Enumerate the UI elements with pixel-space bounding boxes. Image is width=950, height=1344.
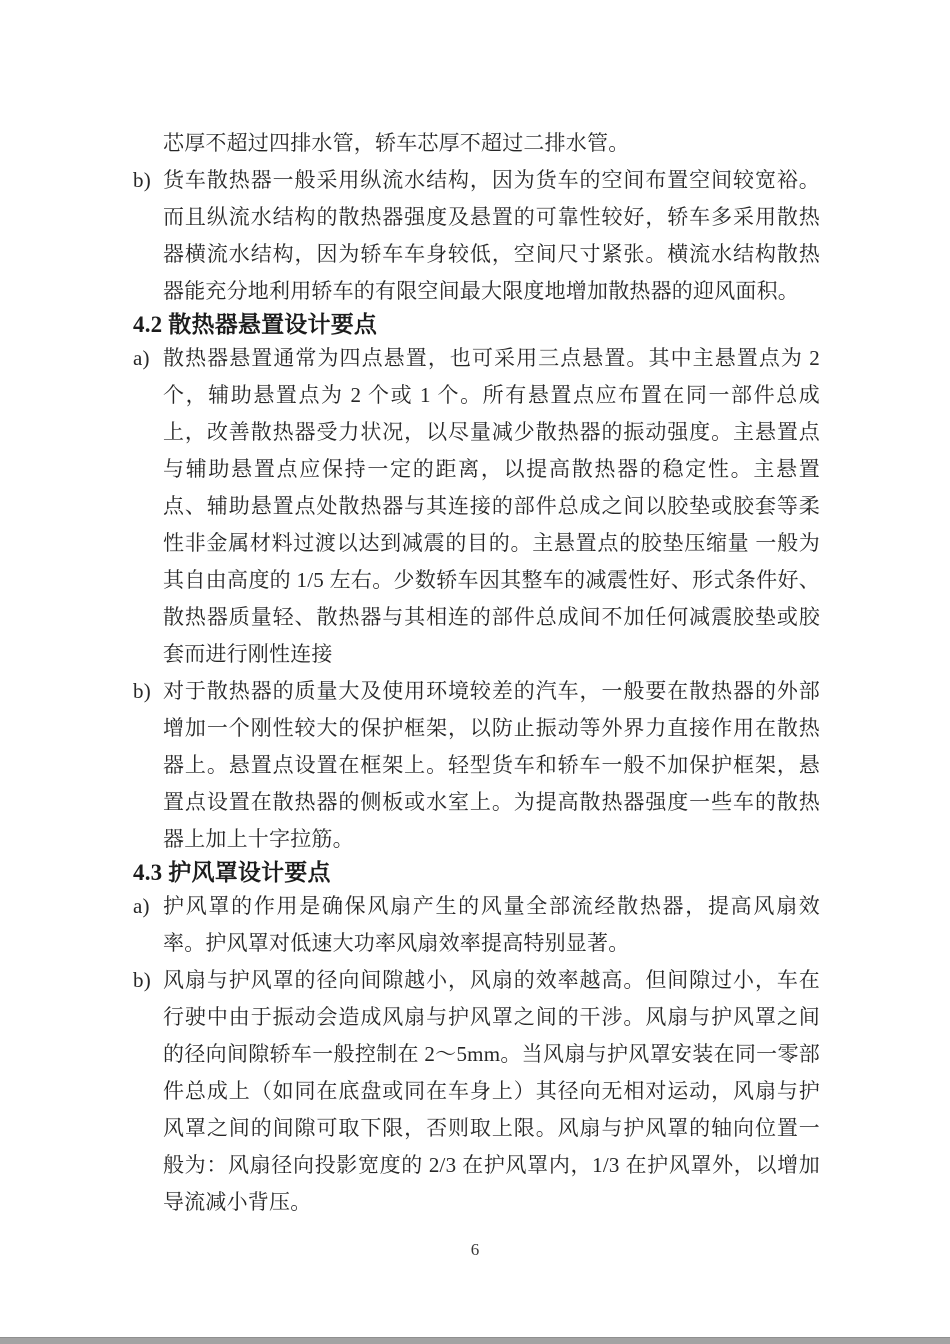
list-item: b) 风扇与护风罩的径向间隙越小，风扇的效率越高。但间隙过小，车在行驶中由于振动… bbox=[133, 962, 820, 1221]
list-item: a) 散热器悬置通常为四点悬置，也可采用三点悬置。其中主悬置点为 2 个，辅助悬… bbox=[133, 340, 820, 673]
list-item-text: 散热器悬置通常为四点悬置，也可采用三点悬置。其中主悬置点为 2 个，辅助悬置点为… bbox=[163, 346, 820, 666]
list-item-text: 对于散热器的质量大及使用环境较差的汽车，一般要在散热器的外部增加一个刚性较大的保… bbox=[163, 679, 820, 851]
list-item-text: 货车散热器一般采用纵流水结构，因为货车的空间布置空间较宽裕。而且纵流水结构的散热… bbox=[163, 168, 820, 303]
list-item-marker: b) bbox=[133, 162, 151, 199]
page-number: 6 bbox=[471, 1240, 480, 1259]
list-item-marker: b) bbox=[133, 673, 151, 710]
section-heading-4-3: 4.3 护风罩设计要点 bbox=[133, 858, 820, 888]
document-page: 芯厚不超过四排水管，轿车芯厚不超过二排水管。 b) 货车散热器一般采用纵流水结构… bbox=[0, 0, 950, 1344]
list-item-marker: a) bbox=[133, 340, 150, 377]
list-item-marker: b) bbox=[133, 962, 151, 999]
list-item: b) 对于散热器的质量大及使用环境较差的汽车，一般要在散热器的外部增加一个刚性较… bbox=[133, 673, 820, 858]
list-item-marker: a) bbox=[133, 888, 150, 925]
list-item-text: 护风罩的作用是确保风扇产生的风量全部流经散热器，提高风扇效率。护风罩对低速大功率… bbox=[163, 894, 820, 955]
list-item: a) 护风罩的作用是确保风扇产生的风量全部流经散热器，提高风扇效率。护风罩对低速… bbox=[133, 888, 820, 962]
page-content: 芯厚不超过四排水管，轿车芯厚不超过二排水管。 b) 货车散热器一般采用纵流水结构… bbox=[133, 125, 820, 1221]
paragraph-continuation: 芯厚不超过四排水管，轿车芯厚不超过二排水管。 bbox=[133, 125, 820, 162]
list-item-text: 风扇与护风罩的径向间隙越小，风扇的效率越高。但间隙过小，车在行驶中由于振动会造成… bbox=[163, 968, 820, 1214]
list-item: b) 货车散热器一般采用纵流水结构，因为货车的空间布置空间较宽裕。而且纵流水结构… bbox=[133, 162, 820, 310]
page-footer: 6 bbox=[0, 1240, 950, 1260]
page-bottom-divider bbox=[0, 1337, 950, 1344]
section-heading-4-2: 4.2 散热器悬置设计要点 bbox=[133, 310, 820, 340]
